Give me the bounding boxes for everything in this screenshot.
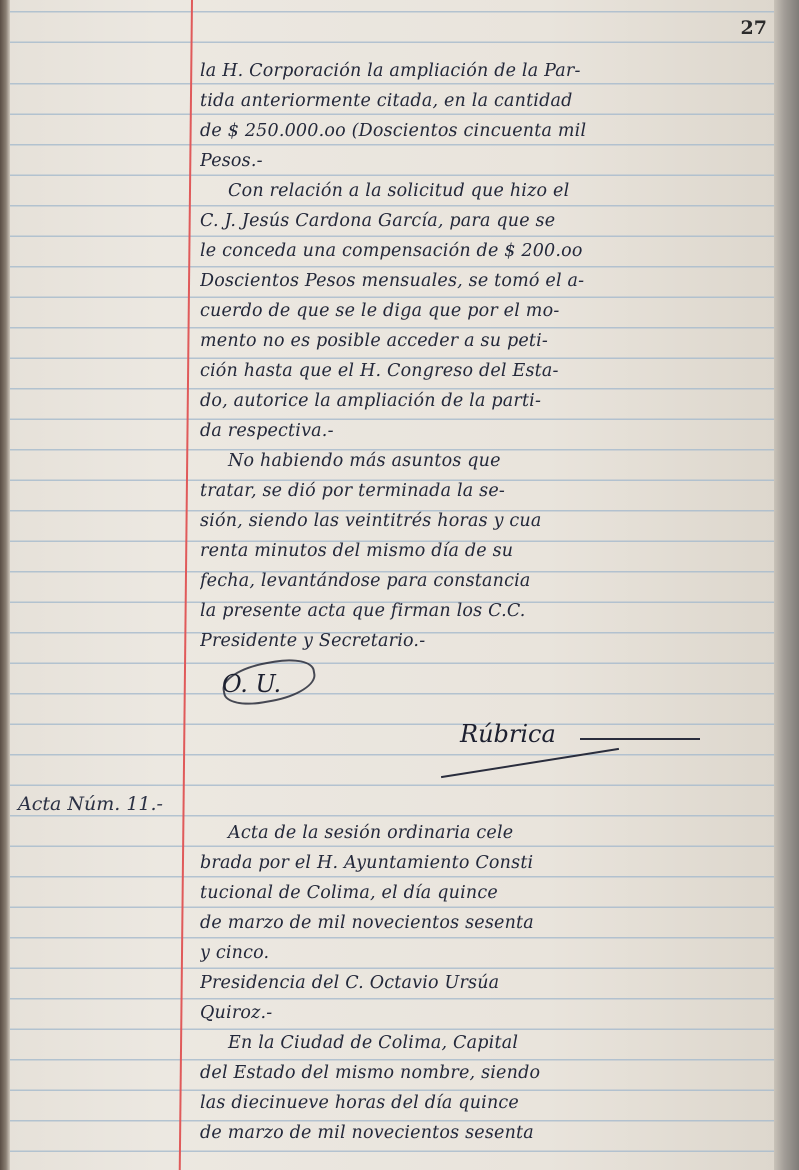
page-number: 27 (741, 17, 767, 39)
text-line: renta minutos del mismo día de su (200, 536, 775, 566)
minutes-text-bottom: Acta de la sesión ordinaria cele brada p… (200, 818, 775, 1148)
text-line: del Estado del mismo nombre, siendo (200, 1058, 775, 1088)
page-edge (774, 0, 799, 1170)
text-line: do, autorice la ampliación de la parti- (200, 386, 775, 416)
text-line: mento no es posible acceder a su peti- (200, 326, 775, 356)
text-line: Presidencia del C. Octavio Ursúa (200, 968, 775, 998)
text-line: de marzo de mil novecientos sesenta (200, 1118, 775, 1148)
text-line: sión, siendo las veintitrés horas y cua (200, 506, 775, 536)
book-binding (0, 0, 10, 1170)
text-line: No habiendo más asuntos que (200, 446, 775, 476)
text-line: Pesos.- (200, 146, 775, 176)
text-line: le conceda una compensación de $ 200.oo (200, 236, 775, 266)
president-signature: O. U. (222, 670, 281, 698)
text-line: C. J. Jesús Cardona García, para que se (200, 206, 775, 236)
text-line: fecha, levantándose para constancia (200, 566, 775, 596)
text-line: cuerdo de que se le diga que por el mo- (200, 296, 775, 326)
text-line: tratar, se dió por terminada la se- (200, 476, 775, 506)
text-line: de marzo de mil novecientos sesenta (200, 908, 775, 938)
text-line: da respectiva.- (200, 416, 775, 446)
text-line: Presidente y Secretario.- (200, 626, 775, 656)
text-line: En la Ciudad de Colima, Capital (200, 1028, 775, 1058)
acta-number-note: Acta Núm. 11.- (18, 793, 163, 815)
minutes-text-top: la H. Corporación la ampliación de la Pa… (200, 56, 775, 656)
text-line: la H. Corporación la ampliación de la Pa… (200, 56, 775, 86)
text-line: y cinco. (200, 938, 775, 968)
text-line: Acta de la sesión ordinaria cele (200, 818, 775, 848)
text-line: tida anteriormente citada, en la cantida… (200, 86, 775, 116)
text-line: tucional de Colima, el día quince (200, 878, 775, 908)
text-line: de $ 250.000.oo (Doscientos cincuenta mi… (200, 116, 775, 146)
secretary-signature: Rúbrica (460, 720, 556, 748)
text-line: la presente acta que firman los C.C. (200, 596, 775, 626)
text-line: Quiroz.- (200, 998, 775, 1028)
text-line: Con relación a la solicitud que hizo el (200, 176, 775, 206)
text-line: ción hasta que el H. Congreso del Esta- (200, 356, 775, 386)
signature-tail (580, 738, 700, 740)
text-line: brada por el H. Ayuntamiento Consti (200, 848, 775, 878)
text-line: Doscientos Pesos mensuales, se tomó el a… (200, 266, 775, 296)
text-line: las diecinueve horas del día quince (200, 1088, 775, 1118)
